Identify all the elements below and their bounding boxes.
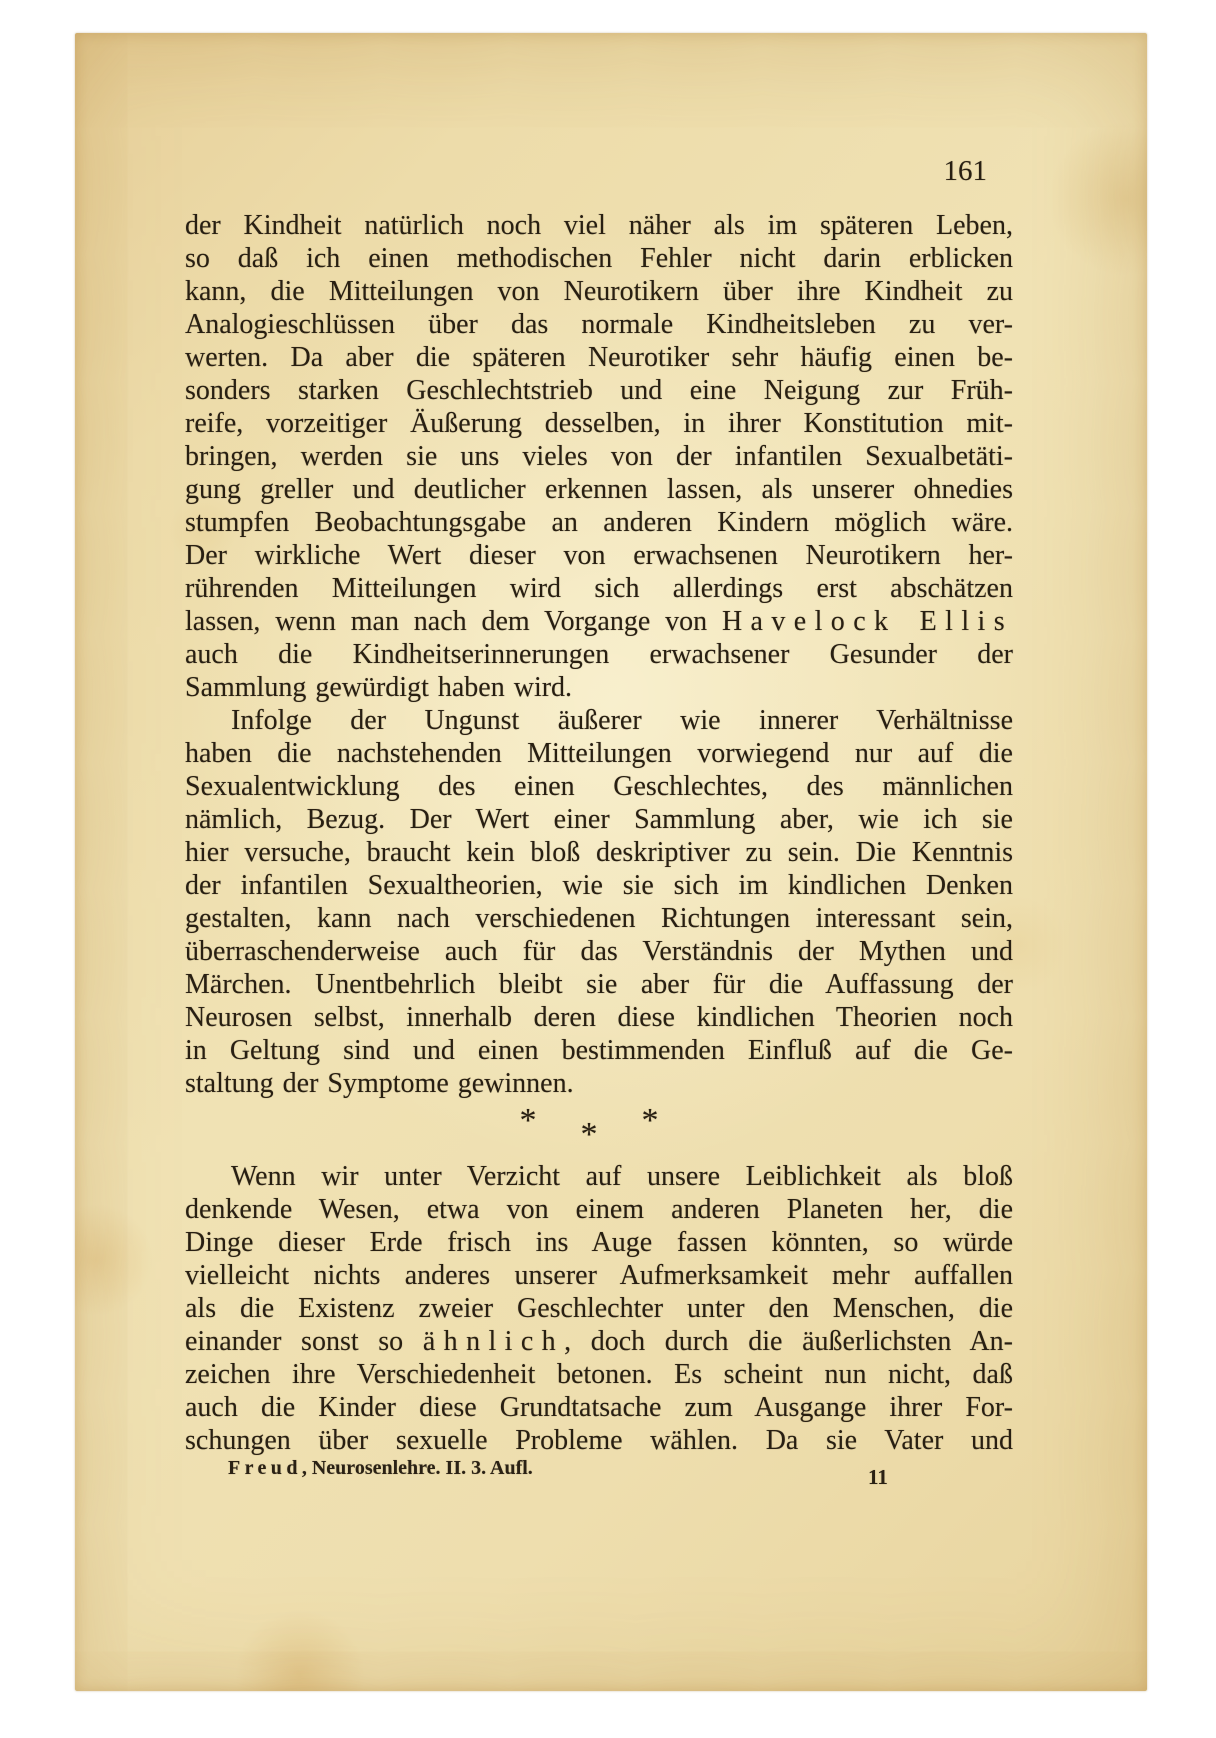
text-segment: überraschenderweise auch für das Verstän…	[185, 936, 1013, 967]
text-line: der Kindheit natürlich noch viel näher a…	[185, 209, 1013, 242]
text-segment: stumpfen Beobachtungsgabe an anderen Kin…	[185, 507, 1013, 538]
text-line: gestalten, kann nach verschiedenen Richt…	[185, 902, 1013, 935]
text-segment: reife, vorzeitiger Äußerung desselben, i…	[185, 408, 1013, 439]
text-line: so daß ich einen methodischen Fehler nic…	[185, 242, 1013, 275]
text-segment: so daß ich einen methodischen Fehler nic…	[185, 243, 1013, 274]
footer-author: Freud	[228, 1457, 302, 1479]
text-line: Der wirkliche Wert dieser von erwachsene…	[185, 539, 1013, 572]
text-line: Wenn wir unter Verzicht auf unsere Leibl…	[185, 1160, 1013, 1193]
paragraph: Wenn wir unter Verzicht auf unsere Leibl…	[185, 1160, 1013, 1457]
asterisk: *	[581, 1114, 598, 1174]
letterspaced-text: Havelock Ellis	[722, 606, 1013, 637]
text-segment: vielleicht nichts anderes unserer Aufmer…	[185, 1260, 1013, 1291]
text-line: haben die nachstehenden Mitteilungen vor…	[185, 737, 1013, 770]
text-line: Märchen. Unentbehrlich bleibt sie aber f…	[185, 968, 1013, 1001]
text-segment: Infolge der Ungunst äußerer wie innerer …	[231, 705, 1013, 736]
text-line: Sexualentwicklung des einen Geschlechtes…	[185, 770, 1013, 803]
text-segment: Neurosen selbst, innerhalb deren diese k…	[185, 1002, 1013, 1033]
text-segment: als die Existenz zweier Geschlechter unt…	[185, 1293, 1013, 1324]
paragraph: Infolge der Ungunst äußerer wie innerer …	[185, 704, 1013, 1100]
text-segment: bringen, werden sie uns vieles von der i…	[185, 441, 1013, 472]
text-segment: Analogieschlüssen über das normale Kindh…	[185, 309, 1013, 340]
text-segment: auch die Kindheitserinnerungen erwachsen…	[185, 639, 1013, 670]
text-segment: in Geltung sind und einen bestimmenden E…	[185, 1035, 1013, 1066]
text-line: vielleicht nichts anderes unserer Aufmer…	[185, 1259, 1013, 1292]
footer-citation-rest: , Neurosenlehre. II. 3. Aufl.	[302, 1457, 533, 1479]
text-segment: gung greller und deutlicher erkennen las…	[185, 474, 1013, 505]
text-line: Neurosen selbst, innerhalb deren diese k…	[185, 1001, 1013, 1034]
text-segment: rührenden Mitteilungen wird sich allerdi…	[185, 573, 1013, 604]
text-segment: , doch durch die äußerlichsten An-	[564, 1326, 1013, 1357]
footer-citation: Freud, Neurosenlehre. II. 3. Aufl.	[228, 1457, 533, 1480]
text-line: werten. Da aber die späteren Neurotiker …	[185, 341, 1013, 374]
text-segment: gestalten, kann nach verschiedenen Richt…	[185, 903, 1013, 934]
footer-sheet-number: 11	[868, 1465, 888, 1490]
body-text: der Kindheit natürlich noch viel näher a…	[185, 209, 1013, 1457]
text-line: lassen, wenn man nach dem Vorgange von H…	[185, 605, 1013, 638]
text-segment: sonders starken Geschlechtstrieb und ein…	[185, 375, 1013, 406]
text-segment: nämlich, Bezug. Der Wert einer Sammlung …	[185, 804, 1013, 835]
text-line: in Geltung sind und einen bestimmenden E…	[185, 1034, 1013, 1067]
paragraph: der Kindheit natürlich noch viel näher a…	[185, 209, 1013, 704]
text-line: stumpfen Beobachtungsgabe an anderen Kin…	[185, 506, 1013, 539]
text-line: Dinge dieser Erde frisch ins Auge fassen…	[185, 1226, 1013, 1259]
text-line: nämlich, Bezug. Der Wert einer Sammlung …	[185, 803, 1013, 836]
section-separator: ***	[175, 1100, 1003, 1160]
text-segment: haben die nachstehenden Mitteilungen vor…	[185, 738, 1013, 769]
text-segment: zeichen ihre Verschiedenheit betonen. Es…	[185, 1359, 1013, 1390]
asterisk: *	[642, 1100, 659, 1160]
text-line: hier versuche, braucht kein bloß deskrip…	[185, 836, 1013, 869]
text-segment: staltung der Symptome gewinnen.	[185, 1068, 574, 1099]
text-segment: hier versuche, braucht kein bloß deskrip…	[185, 837, 1013, 868]
text-line: Sammlung gewürdigt haben wird.	[185, 671, 1013, 704]
text-segment: Sexualentwicklung des einen Geschlechtes…	[185, 771, 1013, 802]
text-segment: einander sonst so	[185, 1326, 423, 1357]
scan-page: 161 der Kindheit natürlich noch viel näh…	[75, 33, 1147, 1691]
text-segment: Märchen. Unentbehrlich bleibt sie aber f…	[185, 969, 1013, 1000]
text-line: reife, vorzeitiger Äußerung desselben, i…	[185, 407, 1013, 440]
text-line: kann, die Mitteilungen von Neurotikern ü…	[185, 275, 1013, 308]
text-line: einander sonst so ähnlich, doch durch di…	[185, 1325, 1013, 1358]
page-number: 161	[944, 155, 988, 188]
text-line: denkende Wesen, etwa von einem anderen P…	[185, 1193, 1013, 1226]
text-line: rührenden Mitteilungen wird sich allerdi…	[185, 572, 1013, 605]
text-segment: denkende Wesen, etwa von einem anderen P…	[185, 1194, 1013, 1225]
text-segment: werten. Da aber die späteren Neurotiker …	[185, 342, 1013, 373]
text-line: staltung der Symptome gewinnen.	[185, 1067, 1013, 1100]
letterspaced-text: ähnlich	[423, 1326, 564, 1357]
footer: Freud, Neurosenlehre. II. 3. Aufl. 11	[185, 1457, 1013, 1501]
text-line: gung greller und deutlicher erkennen las…	[185, 473, 1013, 506]
text-line: auch die Kindheitserinnerungen erwachsen…	[185, 638, 1013, 671]
text-segment: lassen, wenn man nach dem Vorgange von	[185, 606, 722, 637]
text-line: bringen, werden sie uns vieles von der i…	[185, 440, 1013, 473]
text-segment: auch die Kinder diese Grundtatsache zum …	[185, 1392, 1013, 1423]
text-segment: Wenn wir unter Verzicht auf unsere Leibl…	[231, 1161, 1013, 1192]
asterisk: *	[520, 1100, 537, 1160]
text-line: sonders starken Geschlechtstrieb und ein…	[185, 374, 1013, 407]
text-line: der infantilen Sexualtheorien, wie sie s…	[185, 869, 1013, 902]
text-segment: der infantilen Sexualtheorien, wie sie s…	[185, 870, 1013, 901]
text-segment: kann, die Mitteilungen von Neurotikern ü…	[185, 276, 1013, 307]
text-segment: Dinge dieser Erde frisch ins Auge fassen…	[185, 1227, 1013, 1258]
text-segment: Der wirkliche Wert dieser von erwachsene…	[185, 540, 1013, 571]
text-line: überraschenderweise auch für das Verstän…	[185, 935, 1013, 968]
text-segment: der Kindheit natürlich noch viel näher a…	[185, 210, 1013, 241]
text-line: Infolge der Ungunst äußerer wie innerer …	[185, 704, 1013, 737]
text-segment: Sammlung gewürdigt haben wird.	[185, 672, 572, 703]
text-line: schungen über sexuelle Probleme wählen. …	[185, 1424, 1013, 1457]
text-line: zeichen ihre Verschiedenheit betonen. Es…	[185, 1358, 1013, 1391]
text-segment: schungen über sexuelle Probleme wählen. …	[185, 1425, 1013, 1456]
text-line: als die Existenz zweier Geschlechter unt…	[185, 1292, 1013, 1325]
text-line: Analogieschlüssen über das normale Kindh…	[185, 308, 1013, 341]
text-line: auch die Kinder diese Grundtatsache zum …	[185, 1391, 1013, 1424]
